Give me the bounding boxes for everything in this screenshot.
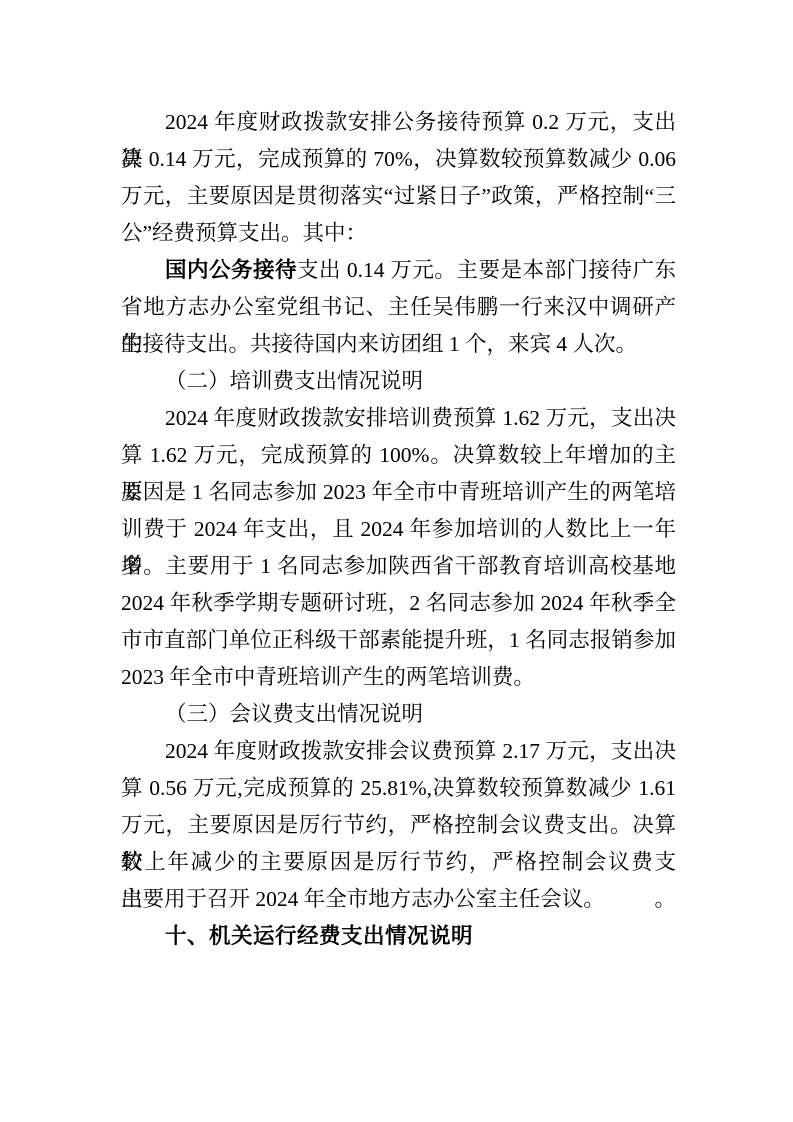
- text-run: 支出 0.14 万元。主要是本部门接待广东: [297, 258, 676, 282]
- document-page: 2024 年度财政拨款安排公务接待预算 0.2 万元，支出决算 0.14 万元，…: [0, 0, 793, 1122]
- text-line: 算 0.14 万元，完成预算的 70%，决算数较预算数减少 0.06: [121, 141, 676, 178]
- text-run: 2024 年秋季学期专题研讨班，2 名同志参加 2024 年秋季全: [121, 591, 676, 615]
- text-line: 万元，主要原因是厉行节约，严格控制会议费支出。决算数: [121, 807, 676, 844]
- text-line: 算 1.62 万元，完成预算的 100%。决算数较上年增加的主要: [121, 437, 676, 474]
- text-line: 2023 年全市中青班培训产生的两笔培训费。: [121, 659, 676, 696]
- text-run: 算 0.56 万元,完成预算的 25.81%,决算数较预算数减少 1.61: [121, 776, 676, 800]
- text-line: 2024 年度财政拨款安排公务接待预算 0.2 万元，支出决: [121, 104, 676, 141]
- text-run: 多。主要用于 1 名同志参加陕西省干部教育培训高校基地: [121, 554, 676, 578]
- text-line: 2024 年度财政拨款安排培训费预算 1.62 万元，支出决: [121, 400, 676, 437]
- text-line: 国内公务接待支出 0.14 万元。主要是本部门接待广东: [121, 252, 676, 289]
- section-heading: 十、机关运行经费支出情况说明: [121, 918, 676, 955]
- text-run: 主要用于召开 2024 年全市地方志办公室主任会议。: [121, 887, 605, 911]
- text-block: 2024 年度财政拨款安排公务接待预算 0.2 万元，支出决算 0.14 万元，…: [121, 104, 676, 955]
- text-line: （二）培训费支出情况说明: [121, 363, 676, 400]
- text-run: 公”经费预算支出。其中：: [121, 221, 367, 245]
- bold-text-run: 十、机关运行经费支出情况说明: [165, 924, 473, 948]
- text-run: 2024 年度财政拨款安排培训费预算 1.62 万元，支出决: [165, 406, 676, 430]
- text-run: 算 0.14 万元，完成预算的 70%，决算数较预算数减少 0.06: [121, 147, 676, 171]
- text-line: 市市直部门单位正科级干部素能提升班，1 名同志报销参加: [121, 622, 676, 659]
- text-run: 2023 年全市中青班培训产生的两笔培训费。: [121, 665, 535, 689]
- text-line: 公”经费预算支出。其中：: [121, 215, 676, 252]
- text-run: 市市直部门单位正科级干部素能提升班，1 名同志报销参加: [121, 628, 676, 652]
- text-line: 省地方志办公室党组书记、主任吴伟鹏一行来汉中调研产生: [121, 289, 676, 326]
- text-run: 万元，主要原因是贯彻落实“过紧日子”政策，严格控制“三: [121, 184, 676, 208]
- text-line: （三）会议费支出情况说明: [121, 696, 676, 733]
- text-line: 算 0.56 万元,完成预算的 25.81%,决算数较预算数减少 1.61: [121, 770, 676, 807]
- text-line: 万元，主要原因是贯彻落实“过紧日子”政策，严格控制“三: [121, 178, 676, 215]
- text-line: 训费于 2024 年支出，且 2024 年参加培训的人数比上一年增: [121, 511, 676, 548]
- text-run: （三）会议费支出情况说明: [165, 702, 423, 726]
- text-run: 2024 年度财政拨款安排会议费预算 2.17 万元，支出决: [165, 739, 676, 763]
- text-run: 原因是 1 名同志参加 2023 年全市中青班培训产生的两笔培: [121, 480, 676, 504]
- text-line: 主要用于召开 2024 年全市地方志办公室主任会议。: [121, 881, 676, 918]
- text-run: （二）培训费支出情况说明: [165, 369, 423, 393]
- text-line: 多。主要用于 1 名同志参加陕西省干部教育培训高校基地: [121, 548, 676, 585]
- text-line: 的接待支出。共接待国内来访团组 1 个，来宾 4 人次。: [121, 326, 676, 363]
- text-run: 的接待支出。共接待国内来访团组 1 个，来宾 4 人次。: [121, 332, 637, 356]
- text-line: 较上年减少的主要原因是厉行节约，严格控制会议费支出。: [121, 844, 676, 881]
- text-line: 2024 年秋季学期专题研讨班，2 名同志参加 2024 年秋季全: [121, 585, 676, 622]
- text-line: 原因是 1 名同志参加 2023 年全市中青班培训产生的两笔培: [121, 474, 676, 511]
- text-line: 2024 年度财政拨款安排会议费预算 2.17 万元，支出决: [121, 733, 676, 770]
- bold-text-run: 国内公务接待: [165, 258, 297, 282]
